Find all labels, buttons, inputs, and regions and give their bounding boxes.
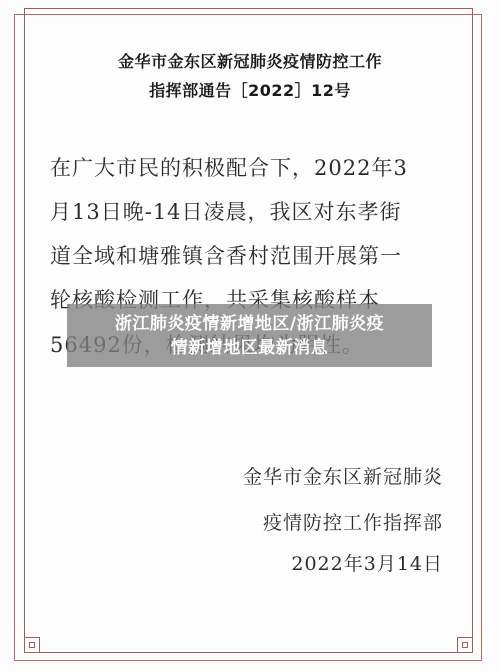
notice-title-line-1: 金华市金东区新冠肺炎疫情防控工作: [10, 49, 490, 72]
corner-ornament-bottom-right: [457, 637, 473, 653]
signature-date: 2022年3月14日: [291, 549, 443, 576]
notice-body-line: 在广大市民的积极配合下，2022年3: [50, 152, 450, 182]
notice-title-line-2: 指挥部通告［2022］12号: [0, 78, 500, 101]
notice-body-line: 月13日晚-14日凌晨，我区对东孝街: [50, 196, 450, 226]
signature-issuer-line-1: 金华市金东区新冠肺炎: [243, 462, 443, 489]
signature-issuer-line-2: 疫情防控工作指挥部: [263, 508, 443, 535]
caption-overlay-banner: 浙江肺炎疫情新增地区/浙江肺炎疫 情新增地区最新消息: [67, 304, 432, 367]
caption-line-1: 浙江肺炎疫情新增地区/浙江肺炎疫: [115, 312, 384, 336]
corner-ornament-bottom-left: [24, 637, 40, 653]
corner-ornament-inner-square: [462, 642, 468, 648]
corner-ornament-inner-square: [29, 642, 35, 648]
notice-body-line: 道全域和塘雅镇含香村范围开展第一: [50, 240, 450, 270]
caption-line-2: 情新增地区最新消息: [171, 336, 329, 360]
